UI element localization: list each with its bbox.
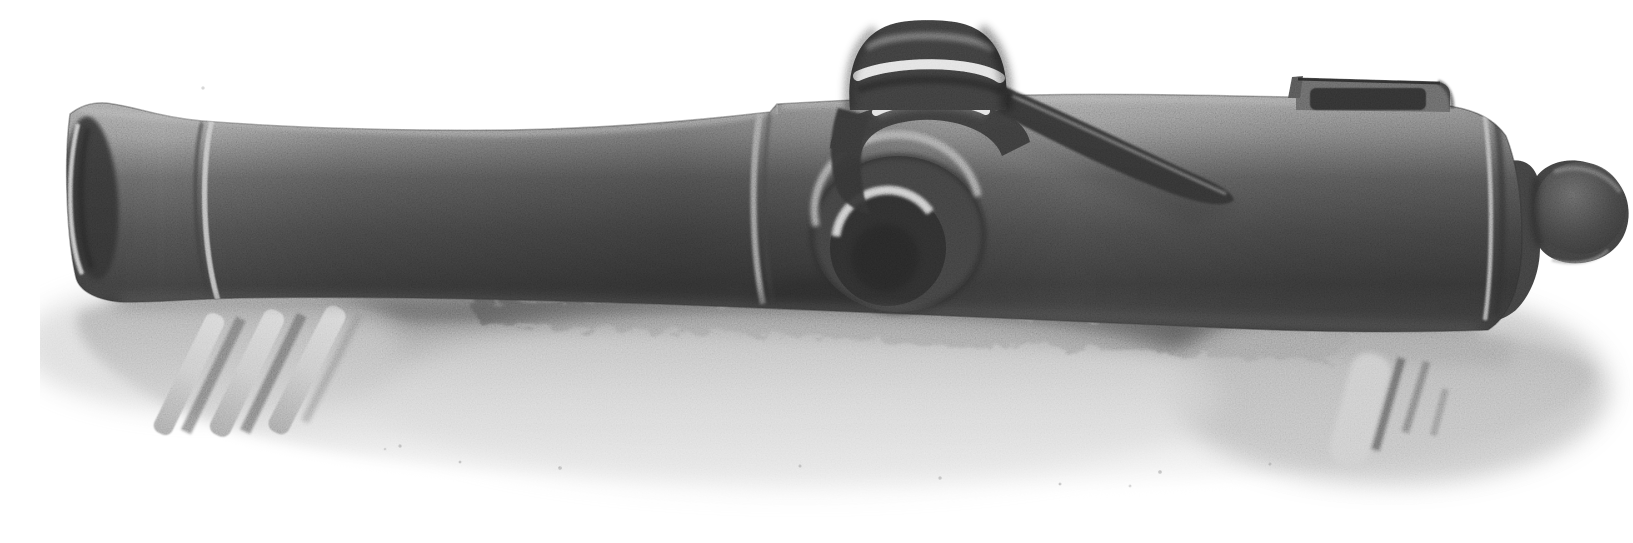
halftone-grain-overlay <box>40 16 1633 527</box>
cannon-photograph: Antique swivel cannon lying on the groun… <box>40 16 1633 527</box>
cannon-photo-illustration: Antique swivel cannon lying on the groun… <box>40 16 1633 527</box>
